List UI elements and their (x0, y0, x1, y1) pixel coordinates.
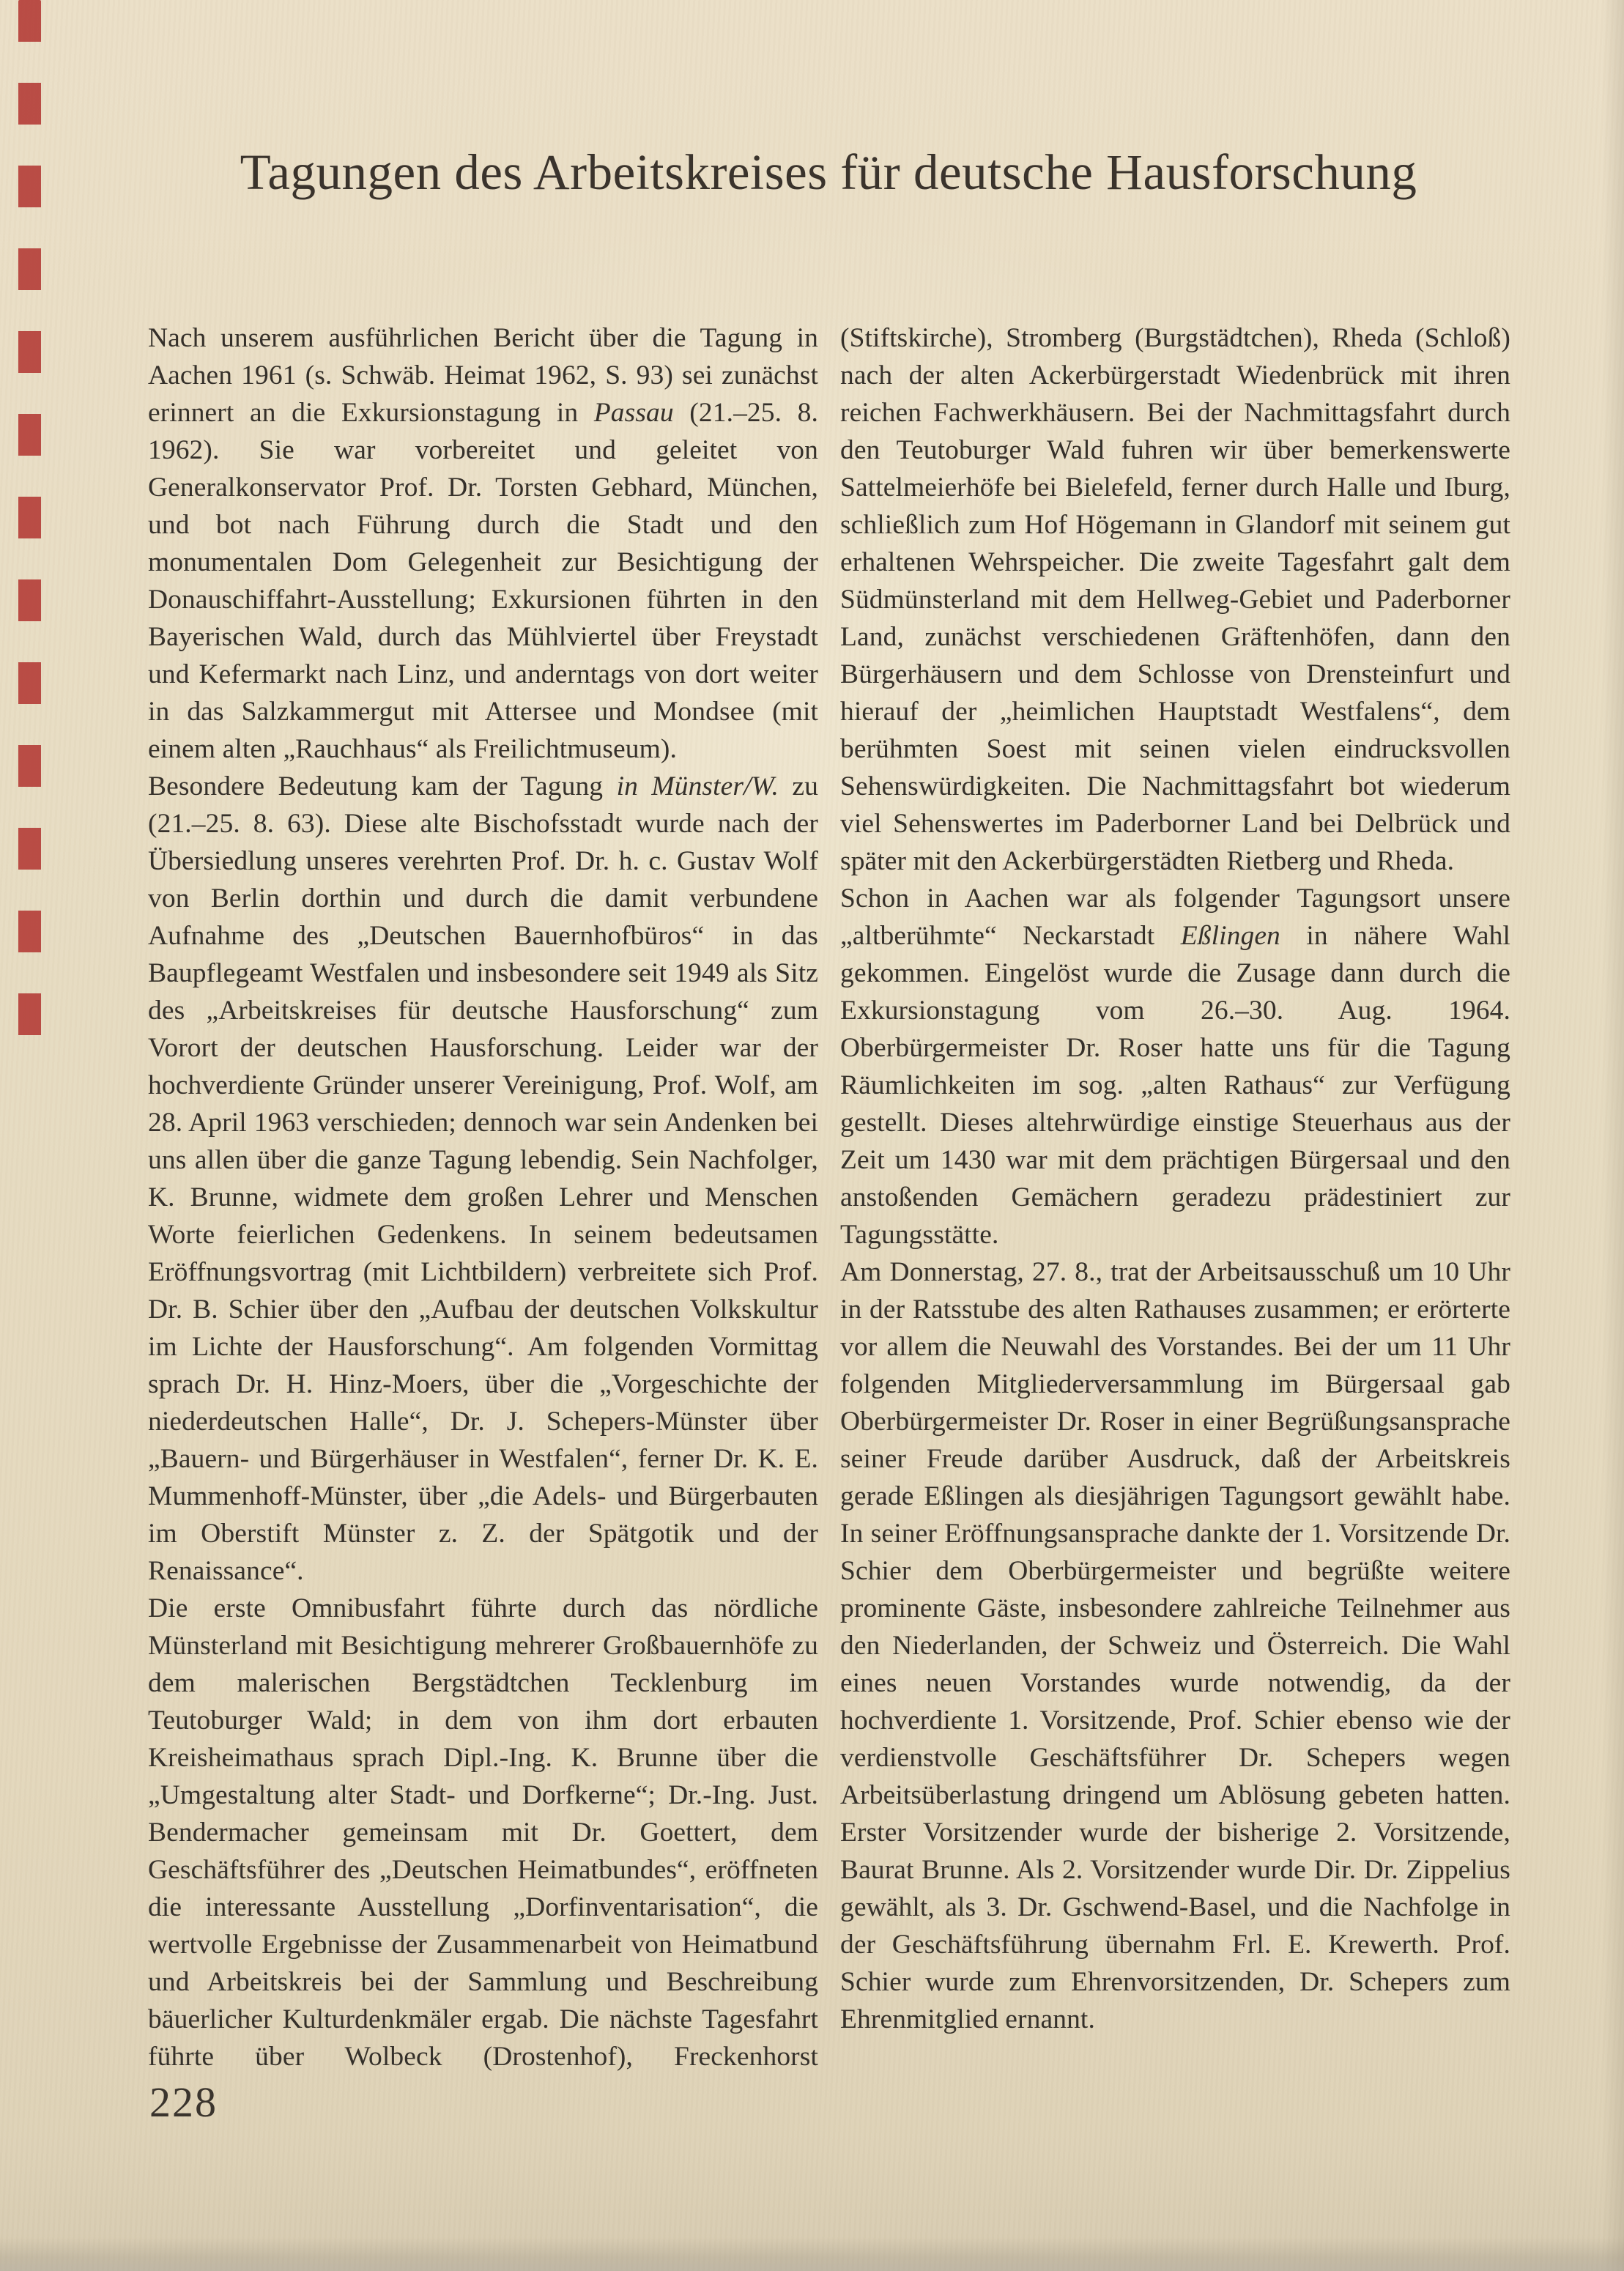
article-title: Tagungen des Arbeitskreises für deutsche… (147, 144, 1510, 201)
italic-text-segment: Eßlingen (1181, 921, 1280, 951)
paragraph: Besondere Bedeutung kam der Tagung in Mü… (148, 768, 818, 1590)
paragraph: Am Donnerstag, 27. 8., trat der Arbeitsa… (840, 1253, 1510, 2038)
scanned-page: { "page": { "title": "Tagungen des Arbei… (0, 0, 1624, 2271)
text-segment: Besondere Bedeutung kam der Tagung (148, 771, 617, 801)
text-segment: Am Donnerstag, 27. 8., trat der Arbeitsa… (840, 1257, 1510, 2034)
paragraph: Nach unserem ausführlichen Bericht über … (148, 319, 818, 768)
paragraph: Schon in Aachen war als folgender Tagung… (840, 880, 1510, 1253)
page-edge-red-marks (18, 0, 41, 1072)
italic-text-segment: in Münster/W. (617, 771, 779, 801)
bottom-edge-shadow (0, 2237, 1624, 2271)
text-segment: in nähere Wahl gekommen. Eingelöst wurde… (840, 921, 1510, 1250)
text-segment: (21.–25. 8. 1962). Sie war vorbereitet u… (148, 398, 818, 764)
article-columns: Nach unserem ausführlichen Bericht über … (148, 319, 1510, 2075)
text-segment: zu (21.–25. 8. 63). Diese alte Bischofss… (148, 771, 818, 1586)
right-edge-shadow (1602, 0, 1624, 2271)
italic-text-segment: Passau (594, 398, 674, 428)
page-number: 228 (149, 2078, 218, 2127)
